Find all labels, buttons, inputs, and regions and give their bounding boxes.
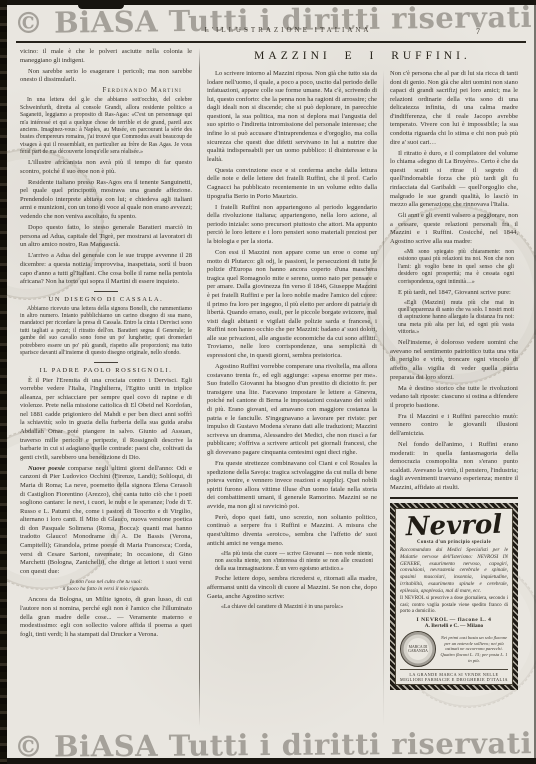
section-heading: UN DISEGNO DI CASSALA. — [20, 296, 192, 303]
paragraph: Non c'è persona che al par di lui sia ri… — [390, 70, 518, 147]
ad-separator-rule — [390, 497, 518, 499]
section-heading: IL PADRE PAOLO ROSSIGNOLI. — [20, 367, 192, 374]
paragraph: Agostino Ruffini vorrebbe comperare una … — [207, 363, 377, 457]
column-divider — [199, 48, 200, 726]
paragraph: Nuove poesie comparse negli ultimi giorn… — [20, 465, 192, 577]
paragraph-small: Abbiamo ricevuto una lettera della signo… — [20, 306, 192, 358]
nevrol-advertisement: Nevrol Consta d'un principio speciale Ra… — [390, 503, 518, 690]
paragraph: Nel fondo dell'animo, i Ruffini erano mo… — [390, 441, 518, 492]
paragraph-lead-italic: Nuove poesie — [28, 465, 68, 472]
paragraph: I fratelli Ruffini non appartengono al p… — [207, 204, 377, 247]
quote-paragraph: «Egli (Mazzini) muta più che mai in quel… — [398, 300, 514, 337]
article-title: MAZZINI E I RUFFINI. — [207, 50, 518, 62]
quote-paragraph: «La chiave del carattere di Mazzini è in… — [215, 604, 373, 611]
paragraph: Il ritratto è duro, e il compilatore del… — [390, 150, 518, 210]
paragraph: Lo scrivere intorno al Mazzini riposa. N… — [207, 70, 377, 164]
watermark-bottom: © BiASA Tutti i diritti riservati — [14, 726, 532, 764]
article-columns: Lo scrivere intorno al Mazzini riposa. N… — [207, 70, 518, 726]
article-region: MAZZINI E I RUFFINI. Lo scrivere intorno… — [207, 48, 518, 726]
ad-seal-stamp: MARCA DI GARANZIA — [400, 631, 436, 667]
paragraph: Poche lettere dopo, sembra ricredersi e,… — [207, 575, 377, 601]
paragraph: L'arrivo a Adua del generale con le sue … — [20, 252, 192, 286]
ad-footer-line: LA GRANDE MARCA SI VENDE NELLE MIGLIORI … — [400, 669, 508, 682]
ad-bottom-row: MARCA DI GARANZIA Nei primi casi basta u… — [400, 631, 508, 667]
paragraph: Non sarebbe serio lo esagerare i pericol… — [20, 68, 192, 85]
paragraph: vicino: il male è che le polveri asciutt… — [20, 48, 192, 65]
column-left: vicino: il male è che le polveri asciutt… — [20, 48, 192, 726]
paragraph: Gli anni e gli eventi valsero a peggiora… — [390, 212, 518, 246]
paragraph: L'illustre africanista non avrà più il t… — [20, 159, 192, 176]
paragraph-small: In una lettera del g.le che abbiamo sott… — [20, 97, 192, 156]
column-middle: Lo scrivere intorno al Mazzini riposa. N… — [207, 70, 377, 726]
author-signature: Ferdinando Martini — [20, 87, 182, 94]
verse-lines: Io non l'oso nel culto che tu vuoi: il f… — [20, 579, 192, 594]
column-divider — [383, 70, 384, 726]
paragraph: Dopo questo fatto, lo stesso generale Ba… — [20, 224, 192, 250]
column-right: Non c'è persona che al par di lui sia ri… — [390, 70, 518, 726]
paragraph: E più tardi, nel 1847, Giovanni scrive p… — [390, 289, 518, 298]
paragraph: È il Pier l'Eremita di una crociata cont… — [20, 377, 192, 463]
quote-paragraph: «Ha più testa che cuore — scrive Giovann… — [215, 551, 373, 573]
paragraph: Residente italiano presso Ras-Agos era i… — [20, 179, 192, 222]
ad-maker-line: A. Bertelli e C. — Milano — [400, 623, 508, 629]
paragraph: Nell'insieme, è doloroso vedere uomini c… — [390, 339, 518, 382]
ad-smallprint: Nei primi casi basta un solo flacone per… — [440, 635, 508, 665]
ad-brand-script: Nevrol — [400, 512, 509, 541]
paragraph: Questa convinzione esce e si conferma an… — [207, 167, 377, 201]
paragraph: Fra il Mazzini e i Ruffini parecchio mut… — [390, 413, 518, 439]
column-right-text: Non c'è persona che al par di lui sia ri… — [390, 70, 518, 495]
page-content: vicino: il male è che le polveri asciutt… — [20, 48, 518, 726]
section-divider — [94, 362, 118, 363]
paragraph: Ancora da Bologna, un Milite ignoto, di … — [20, 596, 192, 639]
ad-body-text: Raccomandato dai Medici Specialisti per … — [400, 547, 508, 594]
ad-order-text: Il NEVROL si prescrive a dose giornalier… — [400, 596, 508, 615]
header-rule — [16, 41, 526, 43]
paragraph: Fra queste strettezze combinavano col Ci… — [207, 460, 377, 511]
section-divider — [94, 291, 118, 292]
paragraph: Ma è destino storico che tutte le rivolu… — [390, 385, 518, 411]
quote-paragraph: «Mi sono spiegato più chiaramente: non e… — [398, 249, 514, 286]
scanned-newspaper-page: L'ILLUSTRAZIONE ITALIANA 7 vicino: il ma… — [0, 0, 536, 764]
paragraph: Con essi il Mazzini non appare come un e… — [207, 249, 377, 361]
scan-edge-left — [0, 0, 7, 764]
paragraph: Però, dopo quei fatti, uno screzio, non … — [207, 514, 377, 548]
watermark-top: © BiASA Tutti i diritti riservati — [14, 0, 532, 40]
